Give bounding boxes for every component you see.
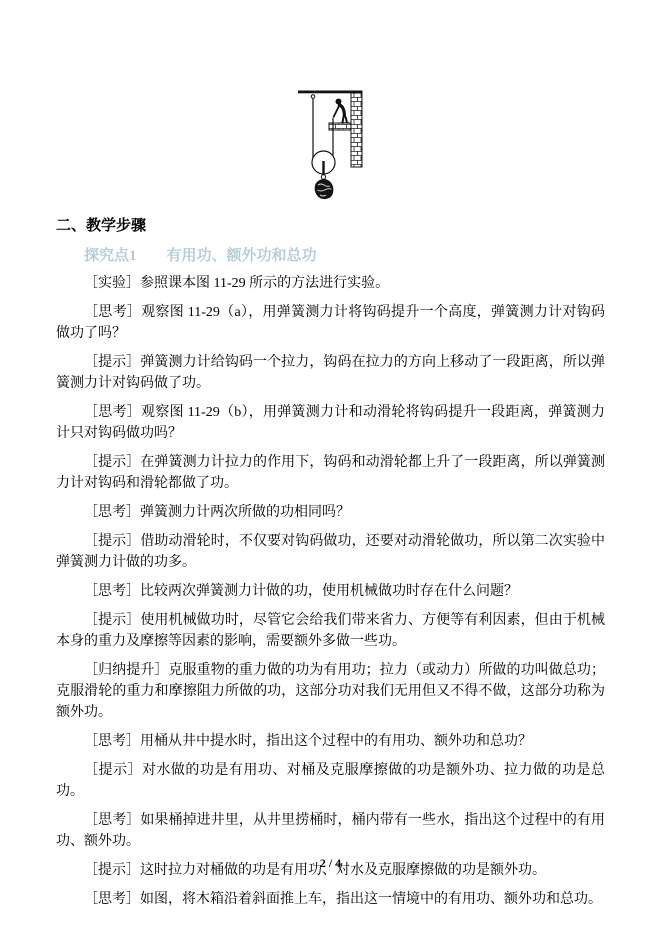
platform-ledge bbox=[329, 123, 351, 130]
document-page: 二、教学步骤 探究点1 有用功、额外功和总功 ［实验］参照课本图 11-29 所… bbox=[0, 0, 661, 935]
explore-point-heading: 探究点1 有用功、额外功和总功 bbox=[56, 245, 605, 267]
paragraph-hint-1: ［提示］弹簧测力计给钩码一个拉力，钩码在拉力的方向上移动了一段距离，所以弹簧测力… bbox=[56, 352, 605, 394]
paragraph-think-3: ［思考］弹簧测力计两次所做的功相同吗？ bbox=[56, 502, 605, 523]
paragraph-summary: ［归纳提升］克服重物的重力做的功为有用功；拉力（或动力）所做的功叫做总功；克服滑… bbox=[56, 660, 605, 723]
paragraph-think-5: ［思考］用桶从井中提水时，指出这个过程中的有用功、额外功和总功？ bbox=[56, 731, 605, 752]
paragraph-experiment: ［实验］参照课本图 11-29 所示的方法进行实验。 bbox=[56, 273, 605, 294]
pulley-illustration bbox=[297, 88, 365, 200]
section-title: 二、教学步骤 bbox=[56, 215, 605, 237]
paragraph-think-7: ［思考］如图，将木箱沿着斜面推上车，指出这一情境中的有用功、额外功和总功。 bbox=[56, 889, 605, 910]
hanging-weight bbox=[314, 179, 333, 199]
paragraph-think-4: ［思考］比较两次弹簧测力计做的功，使用机械做功时存在什么问题？ bbox=[56, 581, 605, 602]
brick-wall bbox=[351, 93, 362, 167]
paragraph-hint-4: ［提示］使用机械做功时，尽管它会给我们带来省力、方便等有利因素，但由于机械本身的… bbox=[56, 610, 605, 652]
paragraph-think-2: ［思考］观察图 11-29（b），用弹簧测力计和动滑轮将钩码提升一段距离，弹簧测… bbox=[56, 402, 605, 444]
person-figure bbox=[333, 99, 349, 123]
paragraph-hint-3: ［提示］借助动滑轮时，不仅要对钩码做功，还要对动滑轮做功，所以第二次实验中弹簧测… bbox=[56, 531, 605, 573]
paragraph-think-1: ［思考］观察图 11-29（a），用弹簧测力计将钩码提升一个高度，弹簧测力计对钩… bbox=[56, 302, 605, 344]
paragraph-hint-2: ［提示］在弹簧测力计拉力的作用下，钩码和动滑轮都上升了一段距离，所以弹簧测力计对… bbox=[56, 452, 605, 494]
movable-pulley bbox=[312, 151, 335, 179]
rope-hook bbox=[311, 95, 315, 99]
page-number: 2 / 4 bbox=[0, 856, 661, 870]
paragraph-hint-5: ［提示］对水做的功是有用功、对桶及克服摩擦做的功是额外功、拉力做的功是总功。 bbox=[56, 760, 605, 802]
pulley-experiment-figure bbox=[297, 88, 365, 200]
paragraph-think-6: ［思考］如果桶掉进井里，从井里捞桶时，桶内带有一些水，指出这个过程中的有用功、额… bbox=[56, 810, 605, 852]
